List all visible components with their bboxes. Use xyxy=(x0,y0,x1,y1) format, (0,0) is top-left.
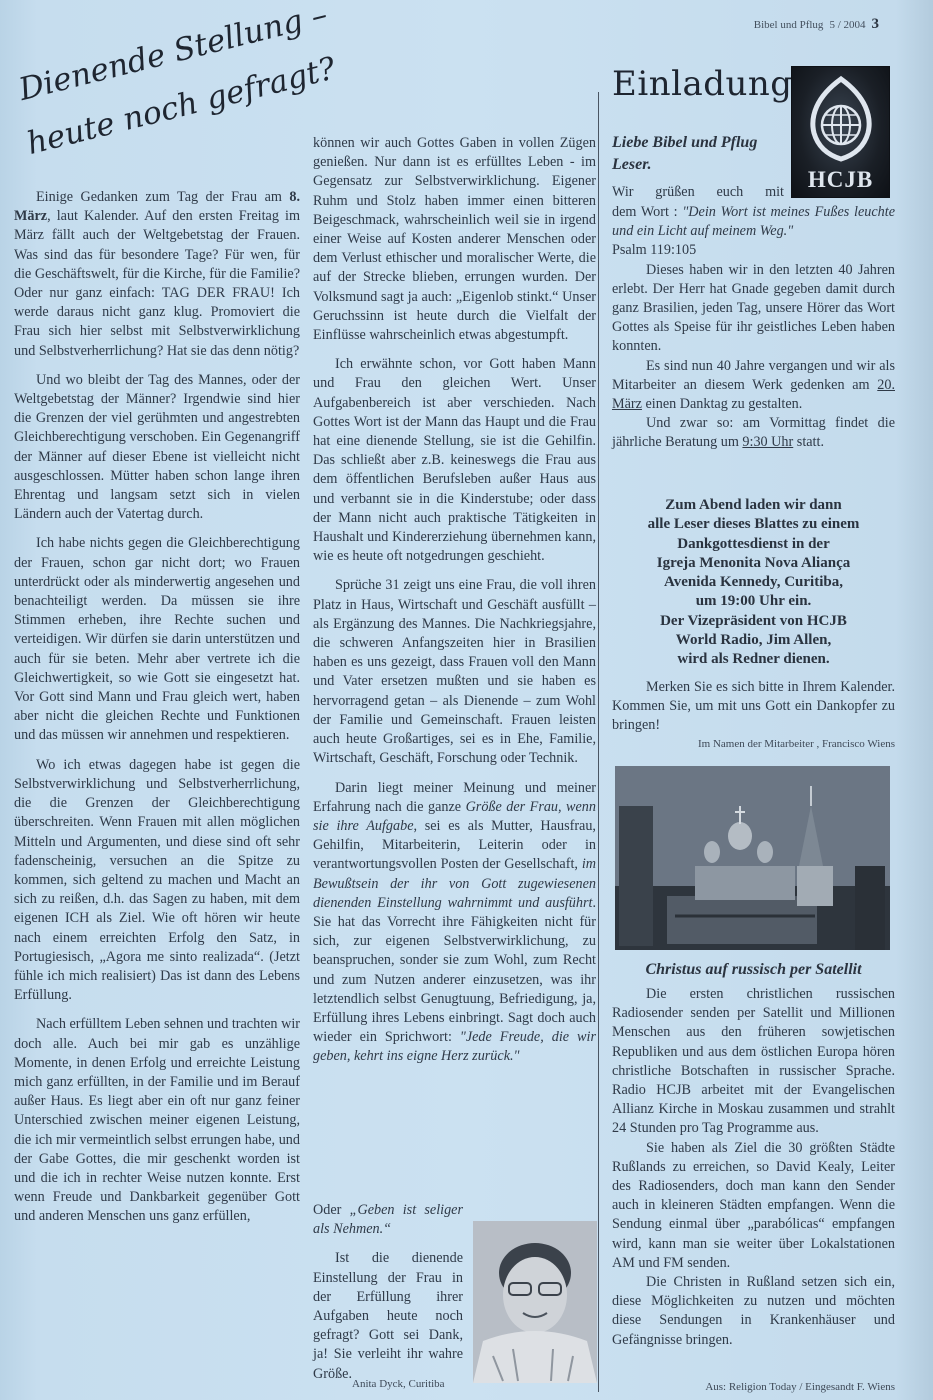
article-paragraph: Und wo bleibt der Tag des Mannes, oder d… xyxy=(14,371,300,525)
article-paragraph: Nach erfülltem Leben sehnen und trachten… xyxy=(14,1015,300,1226)
article-paragraph: Sprüche 31 zeigt uns eine Frau, die voll… xyxy=(313,576,596,768)
announcement-line: Avenida Kennedy, Curitiba, xyxy=(612,573,895,592)
invitation-paragraph: Dieses haben wir in den letzten 40 Jahre… xyxy=(612,261,895,357)
article-paragraph: können wir auch Gottes Gaben in vollen Z… xyxy=(313,134,596,345)
closing-paragraph: Merken Sie es sich bitte in Ihrem Kalend… xyxy=(612,678,895,736)
russia-paragraph: Sie haben als Ziel die 30 größten Städte… xyxy=(612,1139,895,1273)
issue-number: 5 / 2004 xyxy=(829,19,865,31)
event-announcement: Zum Abend laden wir dann alle Leser dies… xyxy=(612,496,895,670)
announcement-line: Der Vizepräsident von HCJB xyxy=(612,612,895,631)
article-column-left: Einige Gedanken zum Tag der Frau am 8. M… xyxy=(14,188,300,1237)
verse-reference: Psalm 119:105 xyxy=(612,241,895,260)
announcement-line: um 19:00 Uhr ein. xyxy=(612,592,895,611)
invitation-intro: Wir grüßen euch mit xyxy=(612,184,784,201)
column-divider xyxy=(598,92,599,1392)
portrait-image xyxy=(473,1221,597,1383)
publication-name: Bibel und Pflug xyxy=(754,19,824,31)
invitation-body: dem Wort : "Dein Wort ist meines Fußes l… xyxy=(612,203,895,453)
paragraph-text: Einige Gedanken zum Tag der Frau am xyxy=(36,189,289,205)
paragraph-text: , laut Kalender. Auf den ersten Freitag … xyxy=(14,208,300,358)
author-portrait-photo xyxy=(473,1221,597,1383)
paragraph-text: . Sie hat das Vorrecht ihre Fähigkeiten … xyxy=(313,895,596,1045)
article-paragraph: Ich habe nichts gegen die Gleichberechti… xyxy=(14,534,300,745)
page-number: 3 xyxy=(872,16,880,33)
event-time: 9:30 Uhr xyxy=(742,434,793,450)
invitation-paragraph: Und zwar so: am Vormittag findet die jäh… xyxy=(612,414,895,452)
church-image xyxy=(615,766,890,950)
russia-article-body: Die ersten christlichen russischen Radio… xyxy=(612,985,895,1350)
invitation-paragraph: Es sind nun 40 Jahre vergangen und wir a… xyxy=(612,357,895,415)
announcement-line: Dankgottesdienst in der xyxy=(612,535,895,554)
invitation-title: Einladung xyxy=(612,64,793,104)
russia-paragraph: Die ersten christlichen russischen Radio… xyxy=(612,985,895,1139)
article-paragraph: Oder „Geben ist seliger als Nehmen.“ xyxy=(313,1201,463,1239)
russia-article-title: Christus auf russisch per Satellit xyxy=(612,961,895,979)
running-header: Bibel und Pflug 5 / 2004 3 xyxy=(754,16,879,33)
globe-hands-icon xyxy=(806,75,876,167)
paragraph-text: dem Wort : xyxy=(612,204,682,220)
logo-text: HCJB xyxy=(792,167,889,193)
article-headline: Dienende Stellung – heute noch gefragt? xyxy=(22,38,312,178)
announcement-line: Igreja Menonita Nova Aliança xyxy=(612,554,895,573)
source-credit: Aus: Religion Today / Eingesandt F. Wien… xyxy=(705,1381,895,1393)
paragraph-text: Es sind nun 40 Jahre vergangen und wir a… xyxy=(612,358,895,393)
announcement-line: World Radio, Jim Allen, xyxy=(612,631,895,650)
hcjb-logo: HCJB xyxy=(791,66,890,198)
newspaper-page: Bibel und Pflug 5 / 2004 3 Dienende Stel… xyxy=(0,0,933,1400)
announcement-line: Zum Abend laden wir dann xyxy=(612,496,895,515)
article-paragraph: Einige Gedanken zum Tag der Frau am 8. M… xyxy=(14,188,300,361)
article-paragraph: Darin liegt meiner Meinung und meiner Er… xyxy=(313,779,596,1067)
article-paragraph: Wo ich etwas dagegen habe ist gegen die … xyxy=(14,756,300,1006)
paragraph-text: einen Danktag zu gestalten. xyxy=(642,396,802,412)
article-paragraph: Ist die dienende Einstellung der Frau in… xyxy=(313,1249,463,1383)
author-credit: Anita Dyck, Curitiba xyxy=(352,1378,445,1390)
announcement-line: wird als Redner dienen. xyxy=(612,650,895,669)
paragraph-text: statt. xyxy=(793,434,824,450)
invitation-signature: Im Namen der Mitarbeiter , Francisco Wie… xyxy=(612,737,895,751)
invitation-closing: Merken Sie es sich bitte in Ihrem Kalend… xyxy=(612,678,895,751)
scripture-quote: dem Wort : "Dein Wort ist meines Fußes l… xyxy=(612,203,895,241)
article-column-middle: können wir auch Gottes Gaben in vollen Z… xyxy=(313,134,596,1067)
church-photo xyxy=(615,766,890,950)
article-paragraph: Ich erwähnte schon, vor Gott haben Mann … xyxy=(313,355,596,566)
russia-paragraph: Die Christen in Rußland setzen sich ein,… xyxy=(612,1273,895,1350)
paragraph-text: Oder xyxy=(313,1202,350,1218)
announcement-line: alle Leser dieses Blattes zu einem xyxy=(612,515,895,534)
invitation-greeting: Liebe Bibel und Pflug Leser. xyxy=(612,132,784,176)
